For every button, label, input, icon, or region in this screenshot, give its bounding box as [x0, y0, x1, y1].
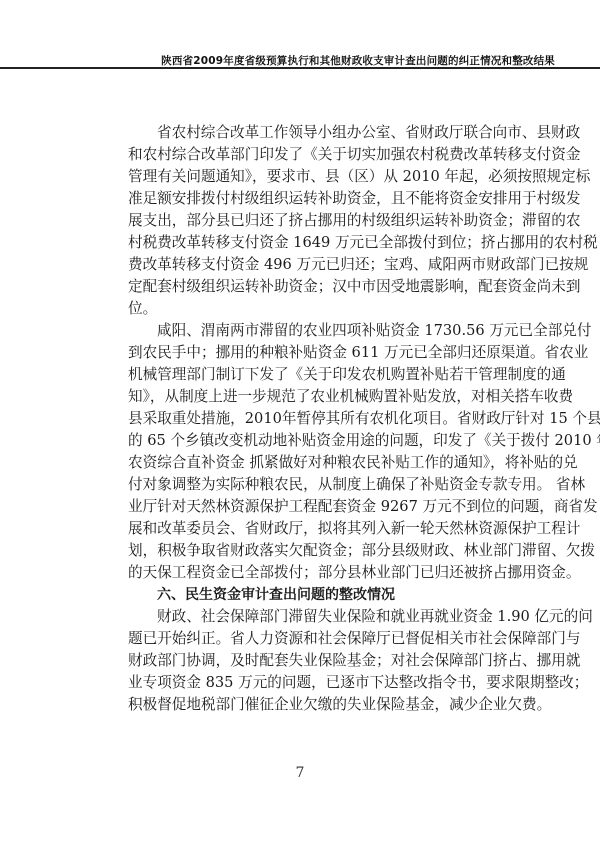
text-line: 题已开始纠正。省人力资源和社会保障厅已督促相关市社会保障部门与 [128, 628, 528, 650]
text-line: 划，积极争取省财政落实欠配资金；部分县级财政、林业部门滞留、欠拨 [128, 540, 528, 562]
text-line: 知》，从制度上进一步规范了农业机械购置补贴发放，对相关搭车收费 [128, 386, 528, 408]
text-line: 机械管理部门制订下发了《关于印发农机购置补贴若干管理制度的通 [128, 364, 528, 386]
text-line: 业厅针对天然林资源保护工程配套资金 9267 万元不到位的问题，商省发 [128, 496, 528, 518]
text-line: 县采取重处措施，2010年暂停其所有农机化项目。省财政厅针对 15 个县 [128, 408, 528, 430]
text-line: 和农村综合改革部门印发了《关于切实加强农村税费改革转移支付资金 [128, 144, 528, 166]
text-line: 展和改革委员会、省财政厅，拟将其列入新一轮天然林资源保护工程计 [128, 518, 528, 540]
text-line: 付对象调整为实际种粮农民，从制度上确保了补贴资金专款专用。 省林 [128, 474, 528, 496]
text-line: 的 65 个乡镇改变机动地补贴资金用途的问题，印发了《关于拨付 2010 年 [128, 430, 528, 452]
text-line: 的天保工程资金已全部拨付；部分县林业部门已归还被挤占挪用资金。 [128, 562, 528, 584]
paragraph-agricultural-subsidies: 咸阳、渭南两市滞留的农业四项补贴资金 1730.56 万元已全部兑付 到农民手中… [128, 320, 528, 584]
section-heading: 六、民生资金审计查出问题的整改情况 [128, 584, 528, 606]
text-line: 积极督促地税部门催征企业欠缴的失业保险基金，减少企业欠费。 [128, 694, 528, 716]
document-body: 省农村综合改革工作领导小组办公室、省财政厅联合向市、县财政 和农村综合改革部门印… [128, 122, 528, 716]
running-header: 陕西省2009年度省级预算执行和其他财政收支审计查出问题的纠正情况和整改结果 [161, 53, 555, 68]
text-line: 准足额安排拨付村级组织运转补助资金，且不能将资金安排用于村级发 [128, 188, 528, 210]
text-line: 财政、社会保障部门滞留失业保险和就业再就业资金 1.90 亿元的问 [128, 606, 528, 628]
text-line: 省农村综合改革工作领导小组办公室、省财政厅联合向市、县财政 [128, 122, 528, 144]
text-line: 到农民手中；挪用的种粮补贴资金 611 万元已全部归还原渠道。省农业 [128, 342, 528, 364]
paragraph-livelihood-funds: 财政、社会保障部门滞留失业保险和就业再就业资金 1.90 亿元的问 题已开始纠正… [128, 606, 528, 716]
text-line: 村税费改革转移支付资金 1649 万元已全部拨付到位；挤占挪用的农村税 [128, 232, 528, 254]
text-line: 管理有关问题通知》，要求市、县（区）从 2010 年起，必须按照规定标 [128, 166, 528, 188]
text-line: 展支出，部分县已归还了挤占挪用的村级组织运转补助资金；滞留的农 [128, 210, 528, 232]
text-line: 财政部门协调，及时配套失业保险基金；对社会保障部门挤占、挪用就 [128, 650, 528, 672]
text-line: 农资综合直补资金 抓紧做好对种粮农民补贴工作的通知》，将补贴的兑 [128, 452, 528, 474]
text-line: 定配套村级组织运转补助资金；汉中市因受地震影响，配套资金尚未到 [128, 276, 528, 298]
text-line: 位。 [128, 298, 528, 320]
text-line: 费改革转移支付资金 496 万元已归还；宝鸡、咸阳两市财政部门已按规 [128, 254, 528, 276]
page-number: 7 [0, 765, 600, 781]
text-line: 业专项资金 835 万元的问题，已逐市下达整改指令书，要求限期整改； [128, 672, 528, 694]
text-line: 咸阳、渭南两市滞留的农业四项补贴资金 1730.56 万元已全部兑付 [128, 320, 528, 342]
paragraph-rural-reform: 省农村综合改革工作领导小组办公室、省财政厅联合向市、县财政 和农村综合改革部门印… [128, 122, 528, 320]
header-rule [0, 67, 600, 69]
